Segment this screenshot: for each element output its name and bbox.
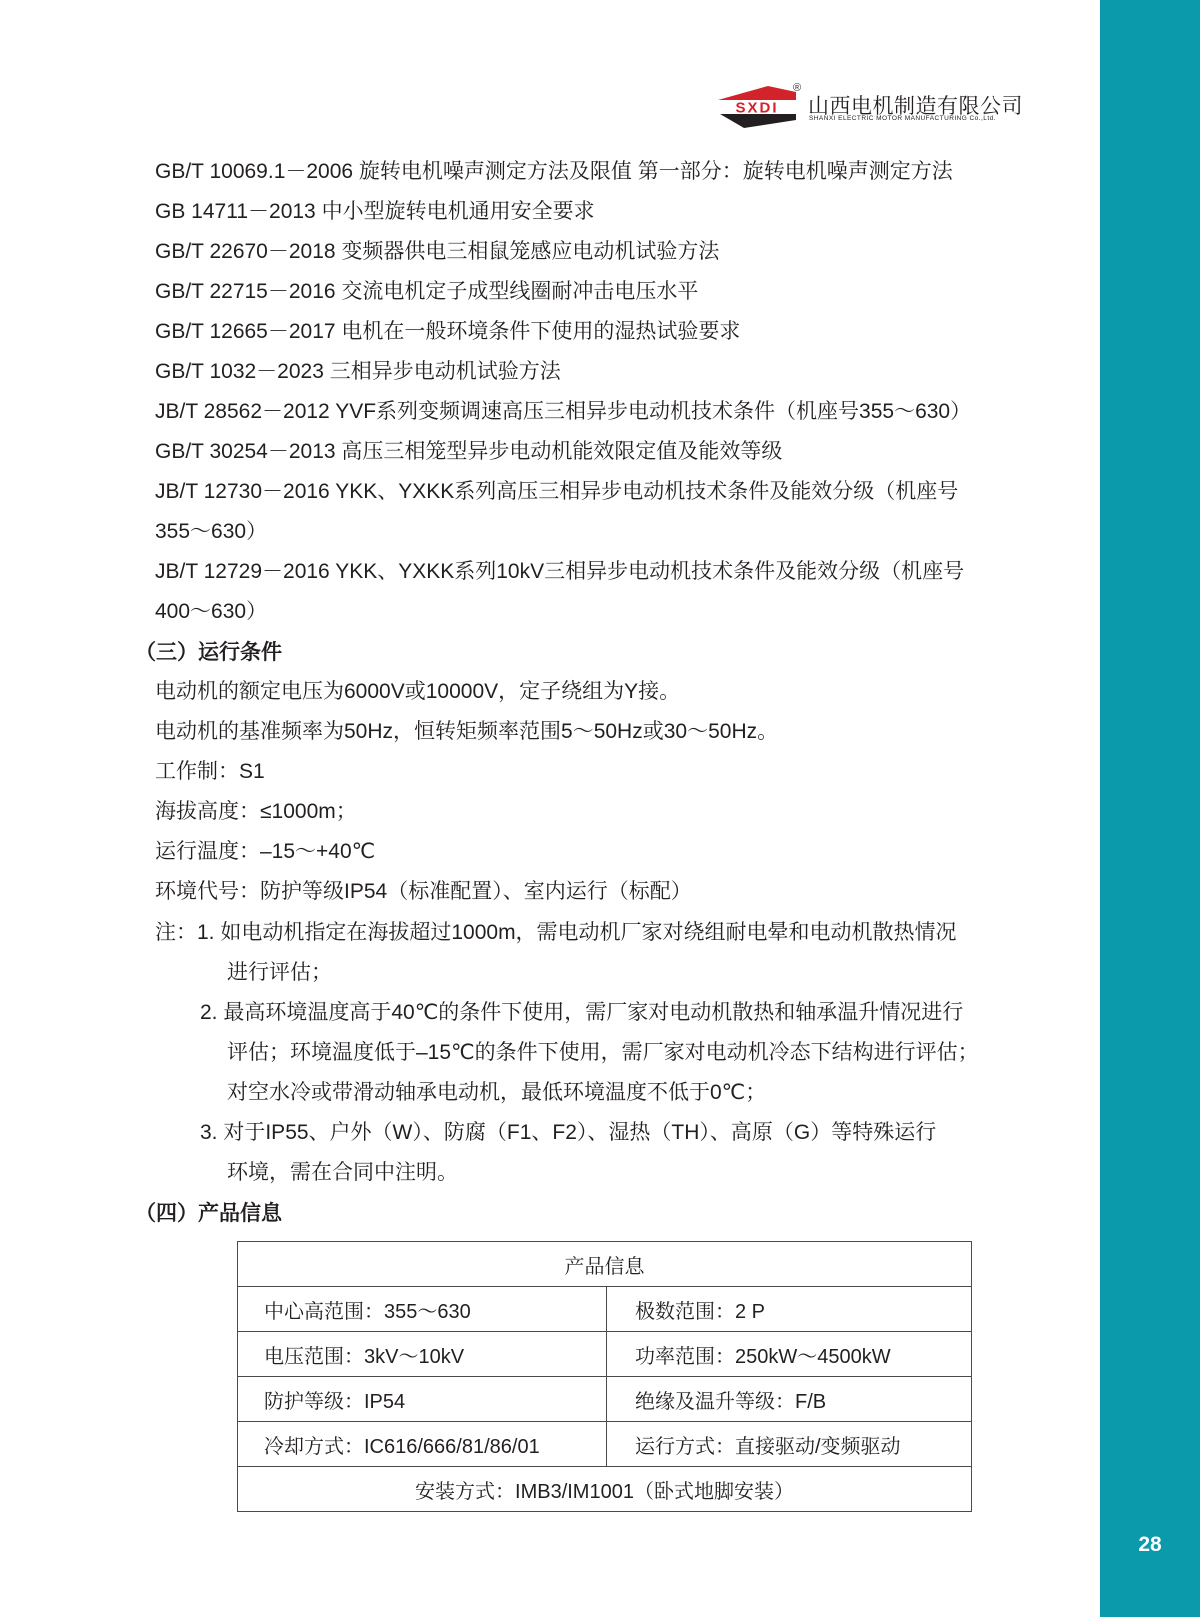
note-line: 2. 最高环境温度高于40℃的条件下使用，需厂家对电动机散热和轴承温升情况进行 xyxy=(200,1001,963,1025)
note-line: 环境，需在合同中注明。 xyxy=(227,1161,458,1185)
condition-line: 电动机的额定电压为6000V或10000V，定子绕组为Y接。 xyxy=(155,680,680,704)
standard-item: GB/T 10069.1－2006 旋转电机噪声测定方法及限值 第一部分：旋转电… xyxy=(155,160,953,184)
table-row: 防护等级：IP54 绝缘及温升等级：F/B xyxy=(238,1377,972,1422)
note-line: 3. 对于IP55、户外（W）、防腐（F1、F2）、湿热（TH）、高原（G）等特… xyxy=(200,1121,936,1145)
standard-item-continued: 355～630） xyxy=(155,520,267,544)
standard-item: JB/T 28562－2012 YVF系列变频调速高压三相异步电动机技术条件（机… xyxy=(155,400,971,424)
table-row: 冷却方式：IC616/666/81/86/01 运行方式：直接驱动/变频驱动 xyxy=(238,1422,972,1467)
product-info-table: 产品信息 中心高范围：355～630 极数范围：2 P 电压范围：3kV～10k… xyxy=(237,1241,972,1512)
standard-item: GB 14711－2013 中小型旋转电机通用安全要求 xyxy=(155,200,595,224)
table-cell: 运行方式：直接驱动/变频驱动 xyxy=(607,1422,972,1467)
table-cell: 极数范围：2 P xyxy=(607,1287,972,1332)
page-sidebar: 28 xyxy=(1100,0,1200,1617)
condition-line: 电动机的基准频率为50Hz，恒转矩频率范围5～50Hz或30～50Hz。 xyxy=(155,720,778,744)
standard-item: GB/T 12665－2017 电机在一般环境条件下使用的湿热试验要求 xyxy=(155,320,740,344)
registered-mark: ® xyxy=(793,82,801,94)
standard-item: JB/T 12729－2016 YKK、YXKK系列10kV三相异步电动机技术条… xyxy=(155,560,964,584)
standard-item: GB/T 22715－2016 交流电机定子成型线圈耐冲击电压水平 xyxy=(155,280,698,304)
note-line: 评估；环境温度低于–15℃的条件下使用，需厂家对电动机冷态下结构进行评估； xyxy=(227,1041,979,1065)
company-logo: SXDI ® 山西电机制造有限公司 SHANXI ELECTRIC MOTOR … xyxy=(716,84,1016,132)
table-row: 电压范围：3kV～10kV 功率范围：250kW～4500kW xyxy=(238,1332,972,1377)
table-title: 产品信息 xyxy=(238,1242,972,1287)
table-header-row: 产品信息 xyxy=(238,1242,972,1287)
table-cell: 防护等级：IP54 xyxy=(238,1377,607,1422)
table-cell: 绝缘及温升等级：F/B xyxy=(607,1377,972,1422)
standard-item-continued: 400～630） xyxy=(155,600,267,624)
section-heading-product-info: （四）产品信息 xyxy=(135,1202,282,1226)
condition-line: 工作制：S1 xyxy=(155,760,265,784)
note-line: 注：1. 如电动机指定在海拔超过1000m，需电动机厂家对绕组耐电晕和电动机散热… xyxy=(155,921,957,945)
condition-line: 运行温度：–15～+40℃ xyxy=(155,840,375,864)
table-footer-row: 安装方式：IMB3/IM1001（卧式地脚安装） xyxy=(238,1467,972,1512)
table-cell: 冷却方式：IC616/666/81/86/01 xyxy=(238,1422,607,1467)
page-number: 28 xyxy=(1100,1533,1200,1557)
note-line: 对空水冷或带滑动轴承电动机，最低环境温度不低于0℃； xyxy=(227,1081,766,1105)
note-line: 进行评估； xyxy=(227,961,332,985)
table-row: 中心高范围：355～630 极数范围：2 P xyxy=(238,1287,972,1332)
table-cell: 功率范围：250kW～4500kW xyxy=(607,1332,972,1377)
svg-text:SXDI: SXDI xyxy=(735,100,778,117)
condition-line: 环境代号：防护等级IP54（标准配置）、室内运行（标配） xyxy=(155,880,692,904)
table-footer: 安装方式：IMB3/IM1001（卧式地脚安装） xyxy=(238,1467,972,1512)
table-cell: 电压范围：3kV～10kV xyxy=(238,1332,607,1377)
condition-line: 海拔高度：≤1000m； xyxy=(155,800,357,824)
standard-item: JB/T 12730－2016 YKK、YXKK系列高压三相异步电动机技术条件及… xyxy=(155,480,958,504)
sxdi-logo-icon: SXDI xyxy=(716,84,800,128)
table-cell: 中心高范围：355～630 xyxy=(238,1287,607,1332)
standard-item: GB/T 1032－2023 三相异步电动机试验方法 xyxy=(155,360,561,384)
standard-item: GB/T 22670－2018 变频器供电三相鼠笼感应电动机试验方法 xyxy=(155,240,719,264)
company-name-en: SHANXI ELECTRIC MOTOR MANUFACTURING Co.,… xyxy=(809,115,996,122)
section-heading-operating-conditions: （三）运行条件 xyxy=(135,641,282,665)
standard-item: GB/T 30254－2013 高压三相笼型异步电动机能效限定值及能效等级 xyxy=(155,440,782,464)
